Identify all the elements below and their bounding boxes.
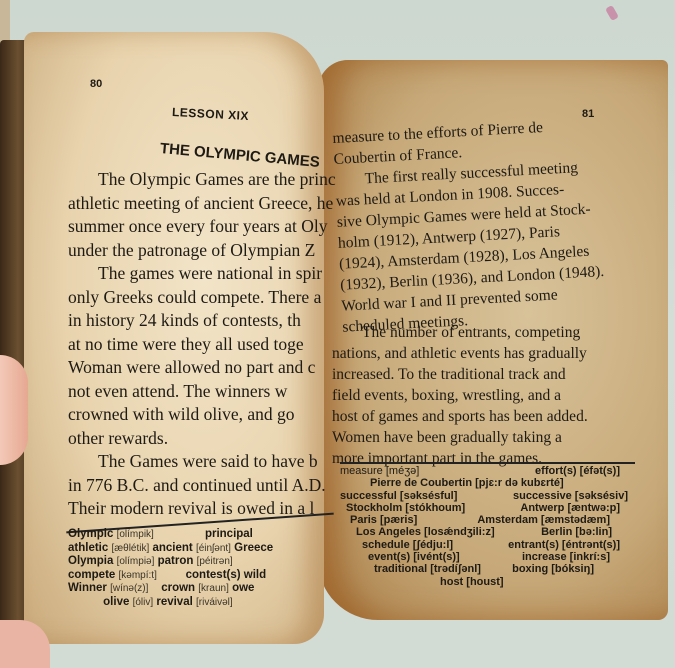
text-line: summer once every four years at Oly xyxy=(68,215,338,239)
left-page-text: The Olympic Games are the princ athletic… xyxy=(68,168,338,521)
vocab-row: event(s) [ivént(s)] increase [inkrí:s] xyxy=(340,551,640,563)
vocab-row: Olympic [olímpik] principal xyxy=(68,528,338,542)
vocab-row: Paris [pæris] Amsterdam [æmstədæm] xyxy=(340,514,640,526)
vocab-row: measure [méʒə] effort(s) [éfət(s)] xyxy=(340,465,640,477)
text-line: The games were national in spir xyxy=(68,262,338,286)
text-line: host of games and sports has been added. xyxy=(332,406,632,427)
vocab-row: successful [səksésful] successive [səksé… xyxy=(340,490,640,502)
vocab-row: Winner [wínə(z)] crown [kraun] owe xyxy=(68,582,338,596)
text-line: only Greeks could compete. There a xyxy=(68,286,338,310)
text-line: The Games were said to have b xyxy=(68,450,338,474)
text-line: under the patronage of Olympian Z xyxy=(68,239,338,263)
vocab-row: host [houst] xyxy=(340,576,640,588)
vocab-row: athletic [æθlétik] ancient [éinʃənt] Gre… xyxy=(68,542,338,556)
right-vocabulary: measure [méʒə] effort(s) [éfət(s)] Pierr… xyxy=(340,465,640,588)
text-line: at no time were they all used toge xyxy=(68,333,338,357)
left-vocabulary: Olympic [olímpik] principal athletic [æθ… xyxy=(68,528,338,609)
thumb xyxy=(0,355,28,465)
vocab-row: olive [óliv] revival [riváivəl] xyxy=(68,596,338,610)
text-line: in history 24 kinds of contests, th xyxy=(68,309,338,333)
pen-mark xyxy=(605,5,619,21)
left-page-number: 80 xyxy=(90,78,102,90)
text-line: other rewards. xyxy=(68,427,338,451)
divider xyxy=(340,462,635,464)
vocab-row: traditional [trədíʃənl] boxing [bóksiŋ] xyxy=(340,563,640,575)
text-line: crowned with wild olive, and go xyxy=(68,403,338,427)
text-line: The Olympic Games are the princ xyxy=(68,168,338,192)
vocab-row: compete [kəmpí:t] contest(s) wild xyxy=(68,569,338,583)
vocab-row: Stockholm [stókhoum] Antwerp [æntwə:p] xyxy=(340,502,640,514)
text-line: field events, boxing, wrestling, and a xyxy=(332,385,632,406)
vocab-row: Pierre de Coubertin [pjɛ:r də kubɛrté] xyxy=(340,477,640,489)
text-line: in 776 B.C. and continued until A.D. xyxy=(68,474,338,498)
vocab-row: Los Angeles [losǽndʒili:z] Berlin [bə:li… xyxy=(340,526,640,538)
text-line: not even attend. The winners w xyxy=(68,380,338,404)
vocab-row: Olympia [olímpiə] patron [péitrən] xyxy=(68,555,338,569)
text-line: nations, and athletic events has gradual… xyxy=(332,343,632,364)
vocab-row: schedule [ʃédju:l] entrant(s) [éntrənt(s… xyxy=(340,539,640,551)
text-line: athletic meeting of ancient Greece, he xyxy=(68,192,338,216)
text-line: increased. To the traditional track and xyxy=(332,364,632,385)
text-line: Woman were allowed no part and c xyxy=(68,356,338,380)
text-line: The number of entrants, competing xyxy=(332,322,632,343)
right-page-text: measure to the efforts of Pierre de Coub… xyxy=(332,112,643,337)
text-line: Women have been gradually taking a xyxy=(332,427,632,448)
right-page-text-2: The number of entrants, competing nation… xyxy=(332,322,632,469)
